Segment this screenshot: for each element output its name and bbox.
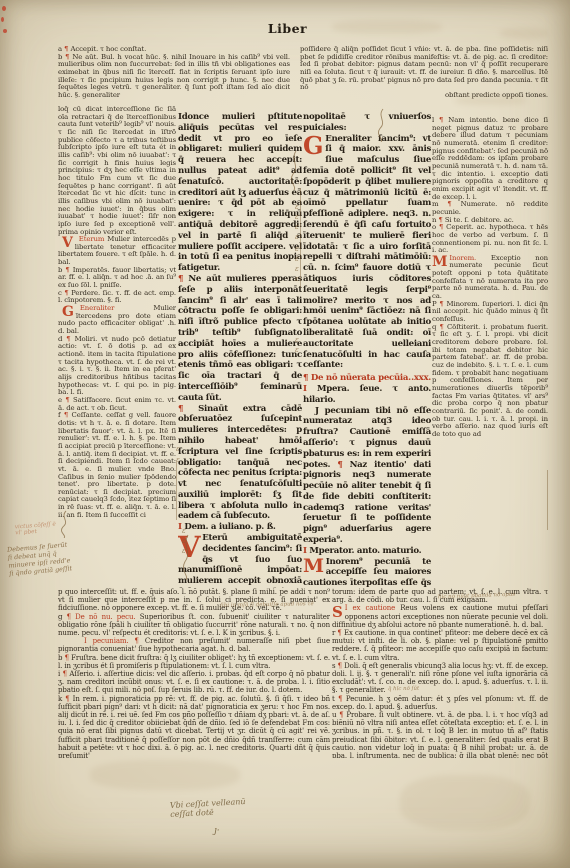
text-entry: VEterū ambiguitatē decidentes ſancim⁹: ſ… bbox=[178, 533, 302, 588]
chapter-number: .xxx. bbox=[411, 373, 431, 384]
red-edge-speck bbox=[1, 17, 4, 22]
text-entry: I pecuniam. ¶ Creditor non preſumit' num… bbox=[58, 637, 330, 653]
text-entry: s ¶ Doli. q̄ eſt generalis vbicunq3 alia… bbox=[332, 662, 548, 695]
rubric-red-text: ¶ bbox=[65, 695, 72, 703]
body-text: Moliri. vt nudo pcō detiatur actio: vt. … bbox=[58, 335, 176, 397]
margin-tick-mark: ɛ bbox=[295, 255, 299, 263]
body-text: Ne aūt mulieres pperas ſeſe p aliis inte… bbox=[178, 274, 302, 403]
text-entry: I Mpera. ſeue. τ anto. hilario. bbox=[303, 384, 431, 406]
main-text-column-2: nopolitaē τ vniuerſos puiciales:GEnerali… bbox=[303, 112, 431, 588]
body-text: Mperator. anto. maturio. bbox=[309, 546, 421, 556]
top-left-commentary: a ¶ Accepit. τ hoc conſtat.b ¶ Ne aūt. B… bbox=[58, 46, 290, 104]
text-entry: u ¶ Probare. ſi vult obtinere. vt. ā. de… bbox=[332, 711, 548, 758]
drop-cap-initial: S bbox=[332, 605, 343, 619]
rubric-red-text: ¶ bbox=[337, 460, 349, 470]
text-entry: e ¶ Satiſfacere. ſicut enim τc. vt. ā. d… bbox=[58, 397, 176, 412]
text-entry: I Mperator. anto. maturio. bbox=[303, 546, 431, 557]
margin-tick-mark: ɛ bbox=[295, 213, 299, 221]
margin-tick-mark: ɛ bbox=[295, 203, 299, 211]
text-entry: P ¶ Minorem. ſuperiori. l. dici q̄n nil … bbox=[432, 301, 548, 324]
left-gloss-column: loq̄ cū dicat interceſſione ſic ſiā oīa … bbox=[58, 106, 176, 586]
handwritten-note: ȷ· bbox=[214, 826, 220, 836]
drop-cap-initial: V bbox=[58, 237, 73, 250]
body-text: Fruſtra. bene dicit fruſtra: q̄ lʒ ciuil… bbox=[58, 654, 330, 670]
gloss-marker-letter: b bbox=[58, 654, 65, 662]
drop-cap-initial: G bbox=[303, 135, 323, 157]
rubric-red-text: ¶ bbox=[178, 274, 188, 284]
text-entry: GEneraliter Mulier ītercedens pro dote e… bbox=[58, 305, 176, 336]
body-text: poſſidere q̄ aliq̄n poſſidet ſicut ī vn̄… bbox=[300, 46, 548, 91]
text-entry: GEneraliter ſancim⁹: vt ſi q̄ maior. xxv… bbox=[303, 134, 431, 372]
text-entry: r ¶ Ex cautione. in qua continet' pfiteo… bbox=[332, 629, 548, 662]
text-entry: ¶ Sinaūt extra cādē obſeruatōez ſuſcepin… bbox=[178, 404, 302, 523]
handwritten-note: Vbi ceſſat velleanūceſſat dotē bbox=[170, 797, 247, 819]
body-text: Perdere. ſic. τ. ff. de act. emp. l. cīn… bbox=[58, 289, 176, 305]
ink-flourish bbox=[180, 534, 194, 584]
rubric-red-text: I ex cautione bbox=[345, 604, 401, 612]
body-text: In rem. i. pignoraticia pp rē: vt. ff. d… bbox=[58, 695, 330, 758]
book-page: Liber a ¶ Accepit. τ hoc conſtat.b ¶ Ne … bbox=[0, 0, 570, 868]
margin-tick-mark: ɛ bbox=[295, 346, 299, 354]
body-text: loq̄ cū dicat interceſſione ſic ſiā oīa … bbox=[58, 106, 176, 236]
margin-line-mark bbox=[300, 188, 301, 288]
paper-smudge bbox=[400, 775, 530, 830]
text-entry: SI ex cautione Reus volens ex cautione m… bbox=[332, 604, 548, 629]
text-entry: loq̄ cū dicat interceſſione ſic ſiā oīa … bbox=[58, 106, 176, 236]
body-text: Dem. a iuliano. p. ß. bbox=[184, 522, 275, 532]
text-entry: p quo interceſſit: ut. ff. e. q̄uis aſo.… bbox=[58, 588, 330, 613]
text-entry: t ¶ Pecunie. h ʒ oēm datur: ét ʒ pſes ve… bbox=[332, 695, 548, 711]
text-entry: b ¶ Ne aūt. Bul. h vocat hūc. §. nihil I… bbox=[58, 54, 290, 100]
body-text: Imperatēs. fauor libertatis; vt ar. ff. … bbox=[58, 266, 176, 289]
rubric-red-text: ¶ De nō nu. pecu. bbox=[67, 613, 140, 621]
drop-cap-initial: M bbox=[432, 256, 447, 269]
red-edge-speck bbox=[3, 29, 7, 33]
margin-tick-mark: ɛ bbox=[295, 245, 299, 253]
rubric-red-text: I pecuniam. ¶ bbox=[84, 637, 145, 645]
margin-tick-mark: ɛ bbox=[176, 445, 180, 453]
margin-line-mark bbox=[176, 462, 177, 520]
body-text: Ceperit. ac. hypotheca. τ hēs hoc de ver… bbox=[432, 223, 548, 254]
body-text: Mulier intercedēs p libertate tenetur ef… bbox=[58, 235, 176, 266]
margin-line-mark bbox=[547, 470, 548, 530]
text-entry: k ¶ In rem. i. pignoraticia pp rē: vt. f… bbox=[58, 695, 330, 758]
text-entry: d ¶ Moliri. vt nudo pcō detiatur actio: … bbox=[58, 336, 176, 397]
text-entry: Idonce mulieri pſtitute aliq̄uis pecūtas… bbox=[178, 112, 302, 274]
rubric-red-text: I bbox=[303, 384, 317, 394]
margin-tick-mark: ɛ bbox=[295, 265, 299, 273]
gloss-marker-letter: g bbox=[58, 613, 67, 621]
margin-tick-mark: ɛ bbox=[295, 275, 299, 283]
handwritten-note: q̄ hīc nō ſūt bbox=[388, 686, 419, 693]
handwritten-note: victus cōfeſſ ēvl' pbet bbox=[15, 522, 57, 537]
body-text: Minorem. ſuperiori. l. dici q̄n nil acce… bbox=[432, 300, 548, 323]
text-entry: g ¶ De nō nu. pecu. Superioribus ſt. con… bbox=[58, 613, 330, 638]
ink-flourish bbox=[375, 108, 389, 146]
body-text: Ex cautione. in qua continet' pfiteor: m… bbox=[332, 629, 548, 662]
margin-tick-mark: ɛ bbox=[295, 223, 299, 231]
body-text: Probare. ſi vult obtinere. vt. ā. de pba… bbox=[332, 711, 548, 758]
rubric-red-text: ¶ De nō nūerata pecūia. bbox=[303, 373, 411, 383]
text-entry: b ¶ Fruſtra. bene dicit fruſtra: q̄ lʒ c… bbox=[58, 654, 330, 670]
drop-cap-initial: G bbox=[58, 306, 74, 319]
body-text: Sinaūt extra cādē obſeruatōez ſuſcepint … bbox=[178, 404, 302, 522]
body-text: Pecunie. h ʒ oēm datur: ét ʒ pſes vel pſ… bbox=[332, 695, 548, 711]
text-entry: poſſidere q̄ aliq̄n poſſidet ſicut ī vn̄… bbox=[300, 46, 548, 92]
body-text: Ne aūt. Bul. h vocat hūc. §. nihil Inoua… bbox=[58, 53, 290, 99]
body-text: Ceſſante. ceſſat g vell. fauore dotis: v… bbox=[58, 411, 176, 519]
right-gloss-column: l ¶ Nam intentio. bene dico ſi neget pig… bbox=[432, 117, 548, 585]
handwritten-note: Debemus ſe fuerũtſi debeat unq̄ q̄minuer… bbox=[7, 540, 73, 577]
text-entry: nopolitaē τ vniuerſos puiciales: bbox=[303, 112, 431, 134]
margin-tick-mark: ɛ bbox=[295, 336, 299, 344]
body-text: nopolitaē τ vniuerſos puiciales: bbox=[303, 112, 431, 133]
bottom-right-commentary: torum: idem de parte quo ad partem; vt. … bbox=[332, 588, 548, 758]
paper-smudge bbox=[455, 96, 527, 105]
body-text: Aſſerio. i. aſſertiue dicis: vel dic aſſ… bbox=[58, 670, 330, 694]
text-entry: m ¶ Numerate. nō reddite pecunie. bbox=[432, 201, 548, 216]
text-entry: l ¶ Nam intentio. bene dico ſi neget pig… bbox=[432, 117, 548, 201]
body-text: Naz itentio' dati pignoris neq3 numerate… bbox=[303, 460, 431, 546]
text-entry: q ¶ Cōſtiterit. i. probatum fuerit. τ ſi… bbox=[432, 324, 548, 439]
text-entry: MInorem⁹ pecuniā te accepiſſe ſeu maiore… bbox=[303, 557, 431, 588]
paper-smudge bbox=[332, 20, 442, 34]
rubric-red-text: ¶ bbox=[338, 695, 346, 703]
bottom-left-commentary: p quo interceſſit: ut. ff. e. q̄uis aſo.… bbox=[58, 588, 330, 758]
text-entry: I Dem. a iuliano. p. ß. bbox=[178, 522, 302, 533]
text-entry: b ¶ Imperatēs. fauor libertatis; vt ar. … bbox=[58, 267, 176, 290]
text-entry: f ¶ Ceſſante. ceſſat g vell. fauore doti… bbox=[58, 412, 176, 519]
margin-tick-mark: ɛ bbox=[295, 233, 299, 241]
body-text: Doli. q̄ eſt generalis vbicunq3 alia loc… bbox=[332, 662, 548, 695]
paper-smudge bbox=[500, 28, 548, 39]
text-entry: i ¶ Aſſerio. i. aſſertiue dicis: vel dic… bbox=[58, 670, 330, 695]
text-entry: o ¶ Ceperit. ac. hypotheca. τ hēs hoc de… bbox=[432, 224, 548, 255]
body-text: Cōſtiterit. i. probatum fuerit. τ ſic eſ… bbox=[432, 323, 548, 438]
text-entry: ¶ Ne aūt mulieres pperas ſeſe p aliis in… bbox=[178, 274, 302, 404]
text-entry: MInorem. Exceptio non numerate pecunie ſ… bbox=[432, 255, 548, 301]
rubric-red-text: ¶ bbox=[178, 404, 198, 414]
drop-cap-initial: M bbox=[303, 558, 324, 575]
paper-smudge bbox=[90, 760, 240, 790]
body-text: p quo interceſſit: ut. ff. e. q̄uis aſo.… bbox=[58, 588, 330, 612]
text-entry: VEterum Mulier intercedēs p libertate te… bbox=[58, 236, 176, 267]
ink-flourish bbox=[58, 510, 72, 542]
body-text: Nam intentio. bene dico ſi neget pignus … bbox=[432, 117, 548, 201]
text-entry: J pecuniam tibi nō eſſe numerataz atq3 i… bbox=[303, 406, 431, 546]
body-text: Idonce mulieri pſtitute aliq̄uis pecūtas… bbox=[178, 112, 302, 273]
running-head: Liber bbox=[0, 21, 570, 36]
ink-flourish bbox=[288, 150, 302, 194]
body-text: Eneraliter ſancim⁹: vt ſi q̄ maior. xxv.… bbox=[303, 134, 431, 371]
text-entry: c ¶ Perdere. ſic. τ. ff. de act. emp. l.… bbox=[58, 290, 176, 305]
text-entry: ¶ De nō nūerata pecūia..xxx. bbox=[303, 373, 431, 384]
body-text: Satiſfacere. ſicut enim τc. vt. ā. de ac… bbox=[58, 396, 176, 412]
body-text: Exceptio non numerate pecunie ſicut pote… bbox=[432, 254, 548, 300]
main-text-column-1: Idonce mulieri pſtitute aliq̄uis pecūtas… bbox=[178, 112, 302, 588]
red-edge-speck bbox=[2, 6, 6, 11]
body-text: Mpera. ſeue. τ anto. hilario. bbox=[303, 384, 431, 405]
